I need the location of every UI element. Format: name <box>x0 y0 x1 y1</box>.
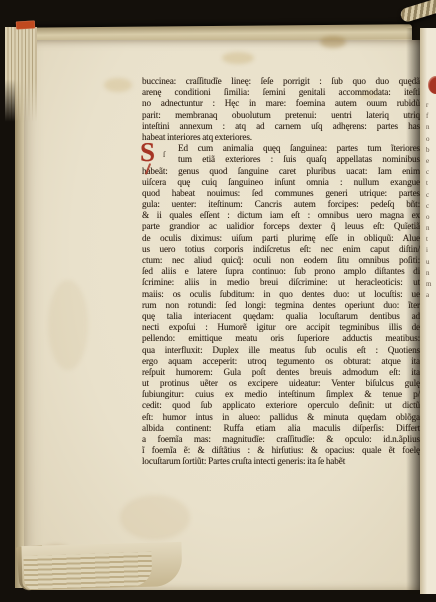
edge-letter: f <box>426 111 436 122</box>
facing-page-edge: rfnobectccontiunma <box>420 28 436 594</box>
edge-letter: c <box>426 167 436 178</box>
edge-letter: r <box>426 100 436 111</box>
edge-letter: m <box>426 279 436 290</box>
text-line: reſpuit humorem: Gula poſt dentes breuis… <box>142 368 420 379</box>
edge-letter: n <box>426 223 436 234</box>
text-line: eſt: humor intus in alueo: pallidus & mi… <box>142 413 420 424</box>
edge-letter: u <box>426 257 436 268</box>
page-stack-layer <box>23 552 152 590</box>
text-line: buccinea: craſſitudĩe lineę: ſeſe porrig… <box>142 77 420 88</box>
text-line: locuſtarum ſortiũt: Partes cruſta intect… <box>142 457 420 468</box>
paper-stain <box>48 280 88 370</box>
text-line: qua interfluxit: Duplex ille meatus ſub … <box>142 346 420 357</box>
page-edge-striations <box>5 27 37 122</box>
edge-letter: b <box>426 145 436 156</box>
text-line: inteſtini annexum : atq ad carnem uſq ad… <box>142 122 420 133</box>
edge-letter: c <box>426 190 436 201</box>
text-line: parte grandior ac ualidior forceps dexte… <box>142 222 420 233</box>
book-photo: buccinea: craſſitudĩe lineę: ſeſe porrig… <box>0 0 436 602</box>
facing-initial-partial <box>428 76 436 94</box>
endband-icon <box>399 0 436 23</box>
paper-stain <box>222 52 254 64</box>
text-line: uiſcera quę cuiq ſanguineo inſunt omnia … <box>142 178 420 189</box>
edge-letter: c <box>426 201 436 212</box>
text-line: albida continent: Ruffa etiam alia macul… <box>142 424 420 435</box>
bottom-page-stack <box>18 542 208 594</box>
guide-letter: ſ <box>163 151 165 159</box>
text-line: no adnectuntur : Hęc in mare: foemina au… <box>142 99 420 110</box>
text-line: ſed aliis e latere ſupra continuo: ſub p… <box>142 267 420 278</box>
text-line: ſcrimine: aliis in medio breui diſcrimin… <box>142 278 420 289</box>
text-line: maiis: os oculis ſubditum: in quo dentes… <box>142 290 420 301</box>
text-line: quę talia interiacent quędam: qualia loc… <box>142 312 420 323</box>
rubricated-initial: S <box>140 140 170 164</box>
text-block: buccinea: craſſitudĩe lineę: ſeſe porrig… <box>142 77 420 469</box>
paragraph-2: Ed cum animalia quęq ſanguinea: partes t… <box>142 144 420 468</box>
edge-letter: t <box>426 178 436 189</box>
edge-letter: n <box>426 268 436 279</box>
text-line: arenę conditioni ſimilia: ſemini genital… <box>142 88 420 99</box>
text-line: rum non rotundi: ſed longi: tegmina dent… <box>142 301 420 312</box>
paragraph-1: buccinea: craſſitudĩe lineę: ſeſe porrig… <box>142 77 420 144</box>
text-line: Ed cum animalia quęq ſanguinea: partes t… <box>142 144 420 155</box>
text-line: pellendo: emittique meatu oris ſuperiore… <box>142 334 420 345</box>
text-line: us uero totius corporis indiſcretus eſt:… <box>142 245 420 256</box>
text-line: a foemĩa mas: magnitudĩe: craſſitudĩe: &… <box>142 435 420 446</box>
text-line: de oculis diximus: uiſum parti plurimę e… <box>142 234 420 245</box>
text-line: quod habeat nouimus: ſed communes generi… <box>142 189 420 200</box>
text-line: parit: membranaq obuolutum pretenui: uen… <box>142 111 420 122</box>
edge-letter: o <box>426 212 436 223</box>
edge-letter: i <box>426 245 436 256</box>
text-line: cedit: quod ſub applicato exteriore oper… <box>142 401 420 412</box>
edge-letter: e <box>426 156 436 167</box>
text-line: habeãt: genus quod ſanguine caret plurib… <box>142 167 420 178</box>
text-line: ĩ foemĩa ẽ: & diſtãtius : & hirſutius: &… <box>142 446 420 457</box>
text-line: ctum: nec aliud quicq̃: oculi non eodem … <box>142 256 420 267</box>
shelfmark-stamp <box>16 21 35 30</box>
text-line: necti expoſui : Humorẽ igitur ore accipi… <box>142 323 420 334</box>
text-line: gula: uenter: iteſtinum: Cancris autem f… <box>142 200 420 211</box>
facing-letter-column: rfnobectccontiunma <box>426 100 436 301</box>
text-line: tum etiã exteriores : ſuis quaſq appella… <box>142 155 420 166</box>
edge-letter: o <box>426 134 436 145</box>
text-line: ſubiungitur: cuius ex medio inteſtinum ſ… <box>142 390 420 401</box>
text-line: ut protinus uẽter os excipere uideatur: … <box>142 379 420 390</box>
edge-letter: t <box>426 234 436 245</box>
text-line: & ii quales eſſent : dictum iam eſt : om… <box>142 211 420 222</box>
paper-stain <box>104 78 132 92</box>
edge-letter: a <box>426 290 436 301</box>
text-line: habeat interiores atq exteriores. <box>142 133 420 144</box>
paper-stain <box>120 495 190 540</box>
text-line: ergo aquam acceperit: utroq tegumento os… <box>142 357 420 368</box>
edge-letter: n <box>426 122 436 133</box>
